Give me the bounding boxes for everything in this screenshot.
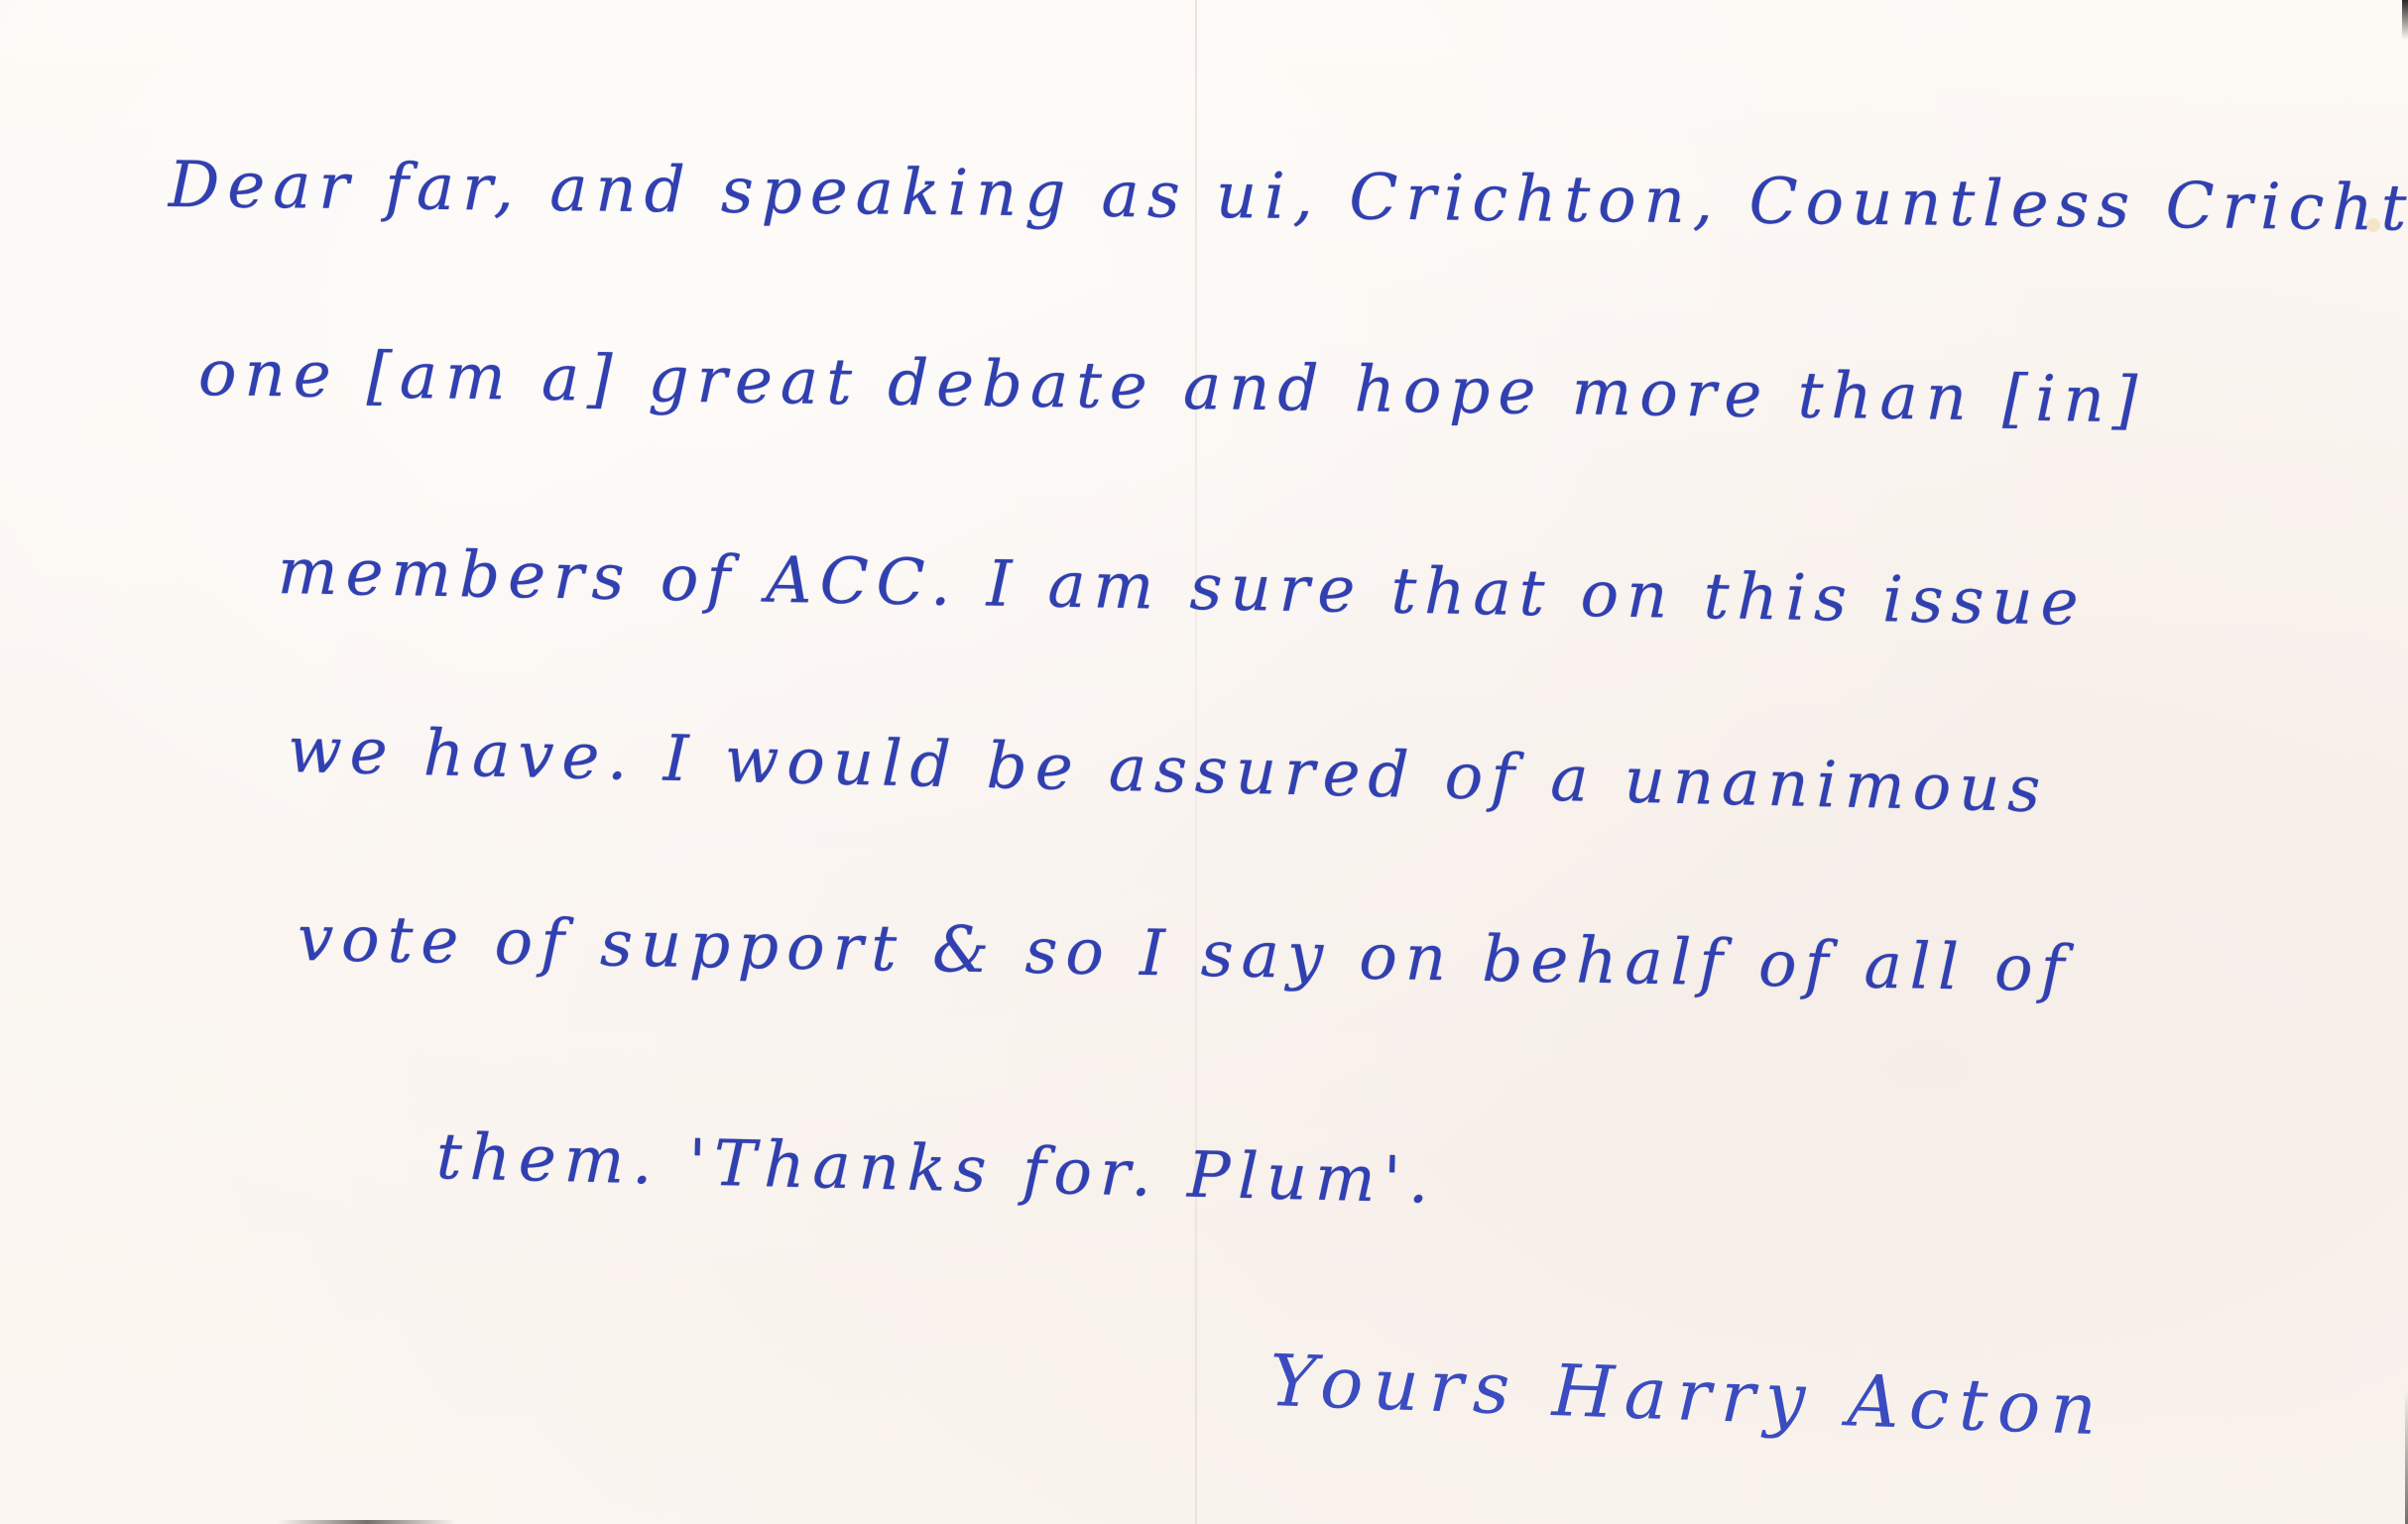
handwritten-line: we have. I would be assured of a unanimo… [287, 714, 2049, 827]
signature-name: Harry Acton [1551, 1348, 2108, 1451]
handwritten-line: Dear far, and speaking as ui, Crichton, … [169, 149, 2408, 247]
paper-edge-shadow [2402, 0, 2408, 40]
handwritten-line: members of ACC. I am sure that on this i… [277, 535, 2087, 641]
paper-edge-shadow [278, 1520, 456, 1524]
handwritten-line: one [am a] great debate and hope more th… [197, 337, 2145, 437]
handwritten-line: them. 'Thanks for. Plum'. [435, 1120, 1437, 1219]
signature-block: Yours Harry Acton [1268, 1339, 2108, 1451]
valediction: Yours [1268, 1339, 1521, 1431]
handwritten-line: vote of support & so I say on behalf of … [297, 902, 2073, 1006]
letter-paper: Dear far, and speaking as ui, Crichton, … [0, 0, 2408, 1524]
